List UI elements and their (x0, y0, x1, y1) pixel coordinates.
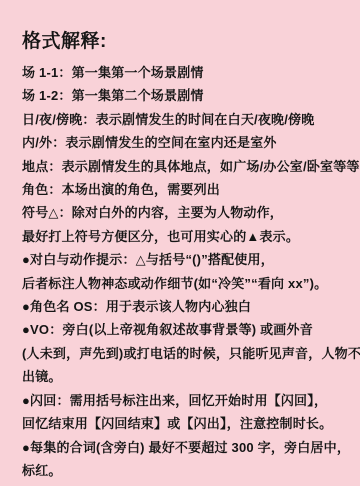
text-line: 地点：表示剧情发生的具体地点，如广场/办公室/卧室等等 (22, 155, 342, 178)
text-line: 角色：本场出演的角色，需要列出 (22, 178, 342, 201)
text-line: 内/外：表示剧情发生的空间在室内还是室外 (22, 131, 342, 154)
text-line: 回忆结束用【闪回结束】或【闪出】，注意控制时长。 (22, 412, 342, 435)
text-line: ●对白与动作提示：△与括号“()”搭配使用， (22, 248, 342, 271)
text-line: ●闪回：需用括号标注出来，回忆开始时用【闪回】， (22, 389, 342, 412)
text-body: 场 1-1：第一集第一个场景剧情 场 1-2：第一集第二个场景剧情 日/夜/傍晚… (22, 61, 342, 482)
text-line: ●每集的合词(含旁白) 最好不要超过 300 字，旁白居中， (22, 436, 342, 459)
text-line: 场 1-1：第一集第一个场景剧情 (22, 61, 342, 84)
format-explanation-page: 格式解释: 场 1-1：第一集第一个场景剧情 场 1-2：第一集第二个场景剧情 … (0, 0, 360, 486)
text-line: 符号△：除对白外的内容，主要为人物动作， (22, 201, 342, 224)
text-line: 标红。 (22, 459, 342, 482)
text-line: 日/夜/傍晚：表示剧情发生的时间在白天/夜晚/傍晚 (22, 108, 342, 131)
text-line: ●角色名 OS：用于表示该人物内心独白 (22, 295, 342, 318)
page-title: 格式解释: (22, 30, 342, 54)
text-line: (人未到，声先到)或打电话的时候，只能听见声音，人物不 (22, 342, 342, 365)
text-line: 出镜。 (22, 365, 342, 388)
text-line: 后者标注人物神态或动作细节(如“冷笑”“看向 xx”)。 (22, 272, 342, 295)
text-line: 场 1-2：第一集第二个场景剧情 (22, 84, 342, 107)
text-line: ●VO：旁白(以上帝视角叙述故事背景等) 或画外音 (22, 318, 342, 341)
text-line: 最好打上符号方便区分，也可用实心的▲表示。 (22, 225, 342, 248)
